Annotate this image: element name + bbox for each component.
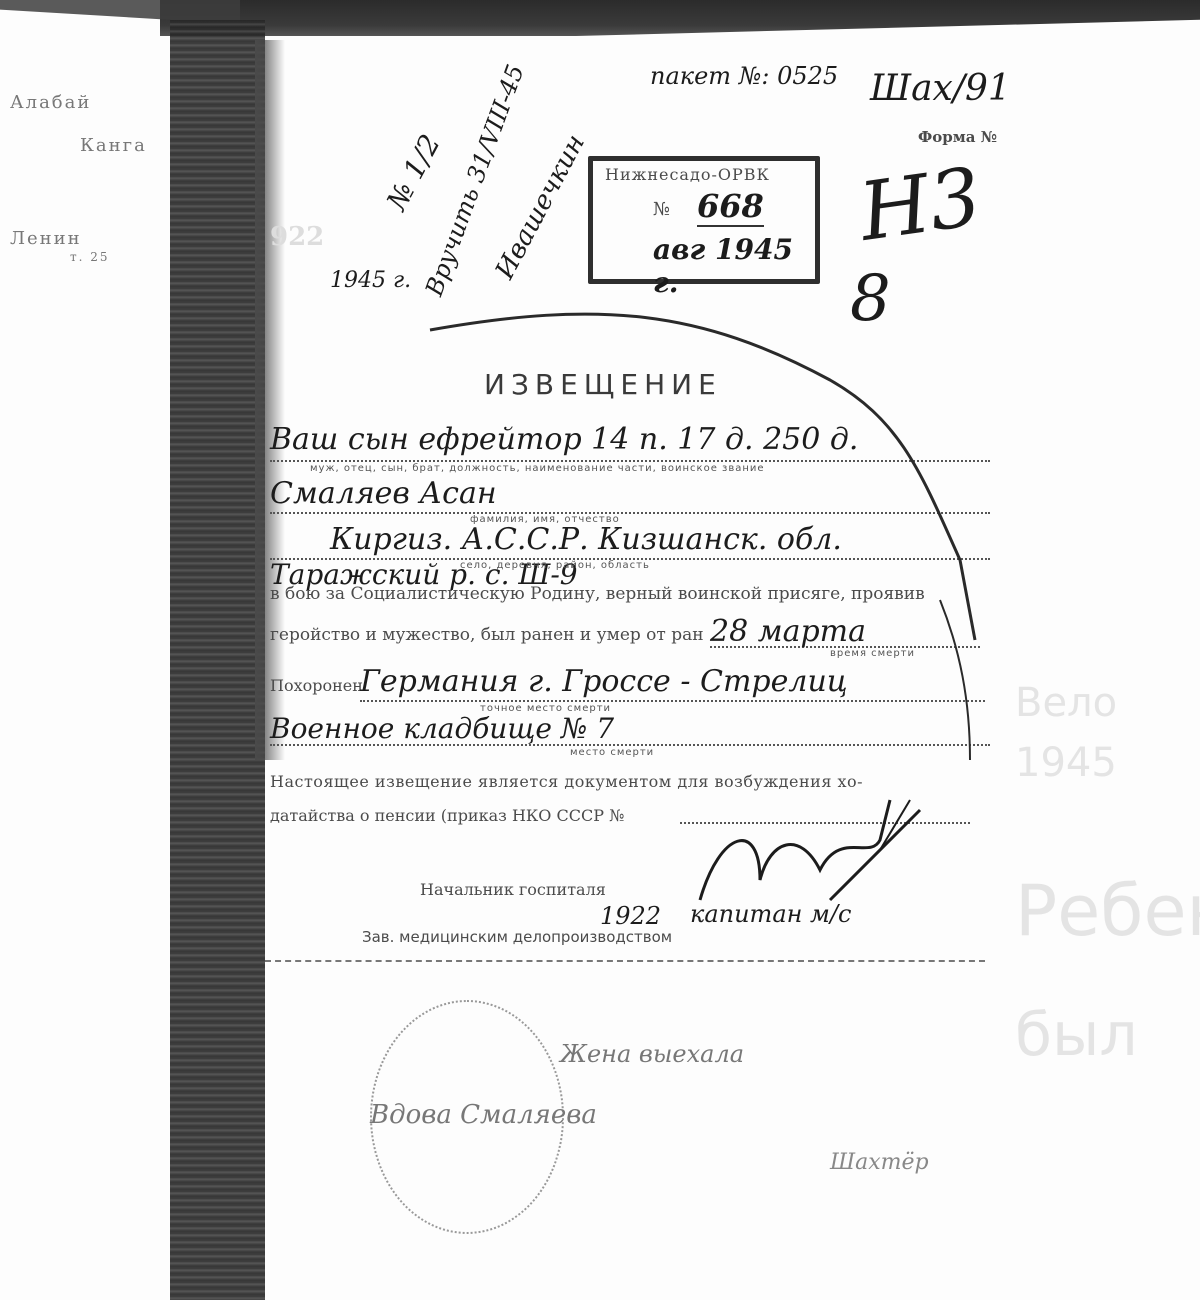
- bleed-through-text: Ребенок: [1015, 870, 1200, 952]
- field-burial-place-line: Германия г. Гроссе - Стрелиц: [360, 664, 985, 702]
- stamp-org: Нижнесадо-ОРВК: [605, 165, 770, 184]
- field-origin-1: Киргиз. А.С.С.Р. Кизшанск. обл.: [330, 522, 842, 557]
- margin-text: Канга: [80, 135, 147, 156]
- left-year: 1945 г.: [330, 268, 411, 293]
- hospital-number: 1922: [600, 902, 661, 930]
- field-origin-line: Киргиз. А.С.С.Р. Кизшанск. обл.: [270, 522, 990, 560]
- margin-text: Алабай: [10, 92, 91, 113]
- field-burial-place: Германия г. Гроссе - Стрелиц: [360, 664, 848, 699]
- field-grave: Военное кладбище № 7: [270, 712, 614, 745]
- packet-note: пакет №: 0525: [650, 62, 838, 90]
- stamp-number: 668: [697, 187, 764, 227]
- left-number: 922: [270, 222, 324, 252]
- field-death-date-line: 28 марта: [710, 614, 980, 648]
- stamp-date: авг 1945 г.: [653, 233, 815, 299]
- rank-signature: капитан м/с: [690, 900, 851, 928]
- field-grave-caption: место смерти: [570, 747, 654, 758]
- clerk-title: Зав. медицинским делопроизводством: [362, 928, 672, 946]
- signature-scribble: [700, 800, 890, 900]
- field-name: Смаляев Асан: [270, 476, 497, 511]
- footer-line-1: Настоящее извещение является документом …: [270, 772, 863, 791]
- document-bottom-edge: [265, 960, 985, 962]
- page-title: ИЗВЕЩЕНИЕ: [484, 368, 722, 401]
- field-death-date: 28 марта: [710, 614, 866, 649]
- resolution-mark-number: 8: [850, 262, 891, 336]
- field-rank-unit-caption: муж, отец, сын, брат, должность, наимено…: [310, 463, 765, 474]
- field-rank-unit-line: Ваш сын ефрейтор 14 п. 17 д. 250 д.: [270, 422, 990, 462]
- field-name-line: Смаляев Асан: [270, 478, 990, 514]
- bleed-through-text: был: [1015, 1000, 1138, 1070]
- scan-shadow-spine: [170, 20, 265, 1300]
- head-title: Начальник госпиталя: [420, 880, 606, 899]
- order-number-line: [680, 820, 970, 824]
- registration-stamp: Нижнесадо-ОРВК № 668 авг 1945 г.: [588, 156, 820, 284]
- bleed-through-text: 1945: [1015, 740, 1117, 786]
- left-fraction-note: № 1/2: [380, 129, 447, 216]
- field-death-date-caption: время смерти: [830, 648, 915, 659]
- field-grave-line: Военное кладбище № 7: [270, 712, 990, 746]
- footer-line-2: датайства о пенсии (приказ НКО СССР №: [270, 806, 624, 825]
- form-number-label: Форма №: [918, 128, 997, 146]
- top-right-note: Шах/91: [870, 68, 1011, 109]
- bottom-note-2: Вдова Смаляева: [370, 1100, 597, 1130]
- signer-note: Ивашечкин: [490, 130, 591, 284]
- scan-shadow-top: [160, 0, 1200, 36]
- stamp-number-prefix: №: [653, 199, 670, 220]
- bottom-note-3: Шахтёр: [830, 1150, 929, 1175]
- resolution-mark: Н3: [854, 150, 986, 259]
- body-line-2: геройство и мужество, был ранен и умер о…: [270, 625, 704, 645]
- bottom-note-1: Жена выехала: [560, 1040, 744, 1068]
- margin-text: т. 25: [70, 250, 110, 264]
- body-line-1: в бою за Социалистическую Родину, верный…: [270, 584, 925, 604]
- margin-text: Ленин: [10, 228, 82, 249]
- bleed-through-text: Вело: [1015, 680, 1117, 726]
- field-rank-unit: Ваш сын ефрейтор 14 п. 17 д. 250 д.: [270, 422, 858, 457]
- place-prefix: Похоронен: [270, 676, 363, 695]
- field-origin-caption: село, деревня, район, область: [460, 560, 650, 571]
- scan-shadow-fade: [255, 40, 285, 760]
